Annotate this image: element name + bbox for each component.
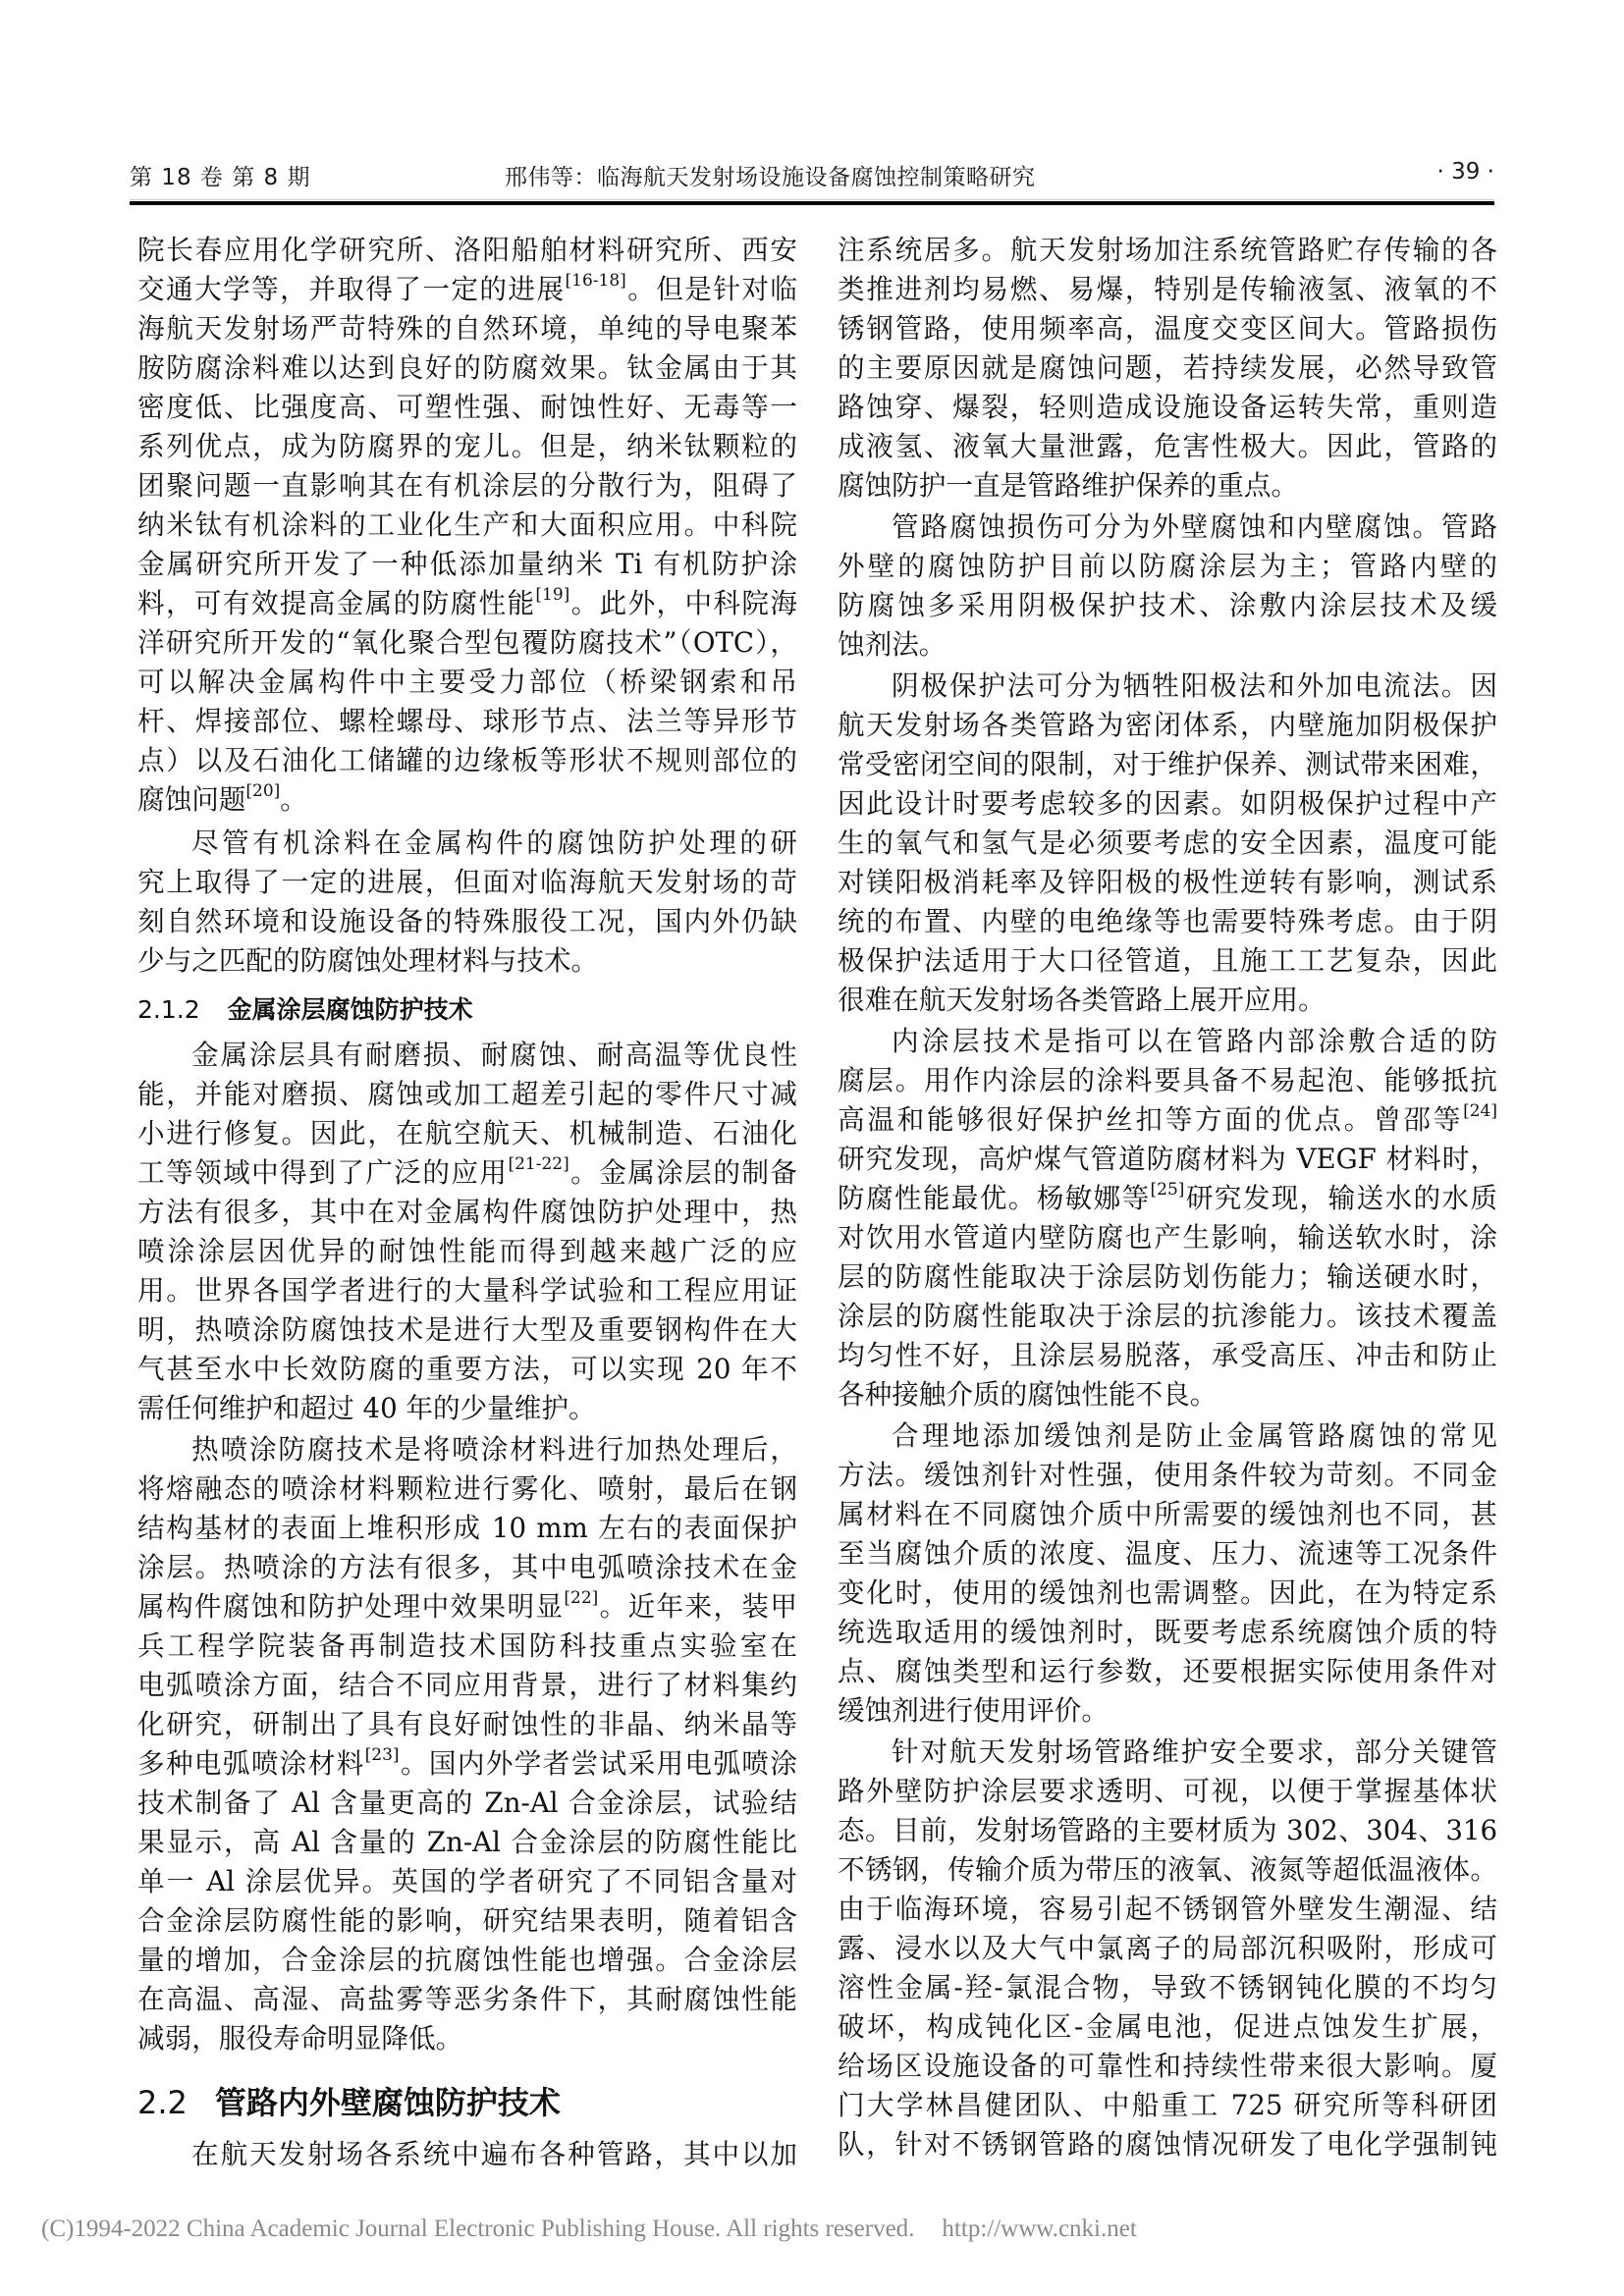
text-line: 院长春应用化学研究所、洛阳船舶材料研究所、西安 — [137, 231, 797, 270]
text-line: 锈钢管路，使用频率高，温度交变区间大。管路损伤 — [838, 309, 1497, 348]
text-line: 成液氢、液氧大量泄露，危害性极大。因此，管路的 — [838, 427, 1497, 466]
text-line: 纳米钛有机涂料的工业化生产和大面积应用。中科院 — [137, 506, 797, 545]
text-line: 可以解决金属构件中主要受力部位（桥梁钢索和吊 — [137, 663, 797, 702]
text-line: 兵工程学院装备再制造技术国防科技重点实验室在 — [137, 1627, 797, 1666]
text-line: 阴极保护法可分为牺牲阳极法和外加电流法。因 — [838, 667, 1497, 706]
left-column: 院长春应用化学研究所、洛阳船舶材料研究所、西安 交通大学等，并取得了一定的进展[… — [137, 231, 797, 2174]
text-line: 缓蚀剂进行使用评价。 — [838, 1691, 1497, 1731]
header-rule-thin — [130, 199, 1494, 200]
text-line: 少与之匹配的防腐蚀处理材料与技术。 — [137, 941, 797, 981]
paragraph: 热喷涂防腐技术是将喷涂材料进行加热处理后， 将熔融态的喷涂材料颗粒进行雾化、喷射… — [137, 1430, 797, 2058]
text-line: 团聚问题一直影响其在有机涂层的分散行为，阻碍了 — [137, 466, 797, 506]
text-line: 果显示，高 Al 含量的 Zn-Al 合金涂层的防腐性能比 — [137, 1823, 797, 1862]
text-line: 系列优点，成为防腐界的宠儿。但是，纳米钛颗粒的 — [137, 427, 797, 466]
paragraph: 在航天发射场各系统中遍布各种管路，其中以加 — [137, 2135, 797, 2174]
right-column: 注系统居多。航天发射场加注系统管路贮存传输的各 类推进剂均易燃、易爆，特别是传输… — [838, 231, 1497, 2164]
text-line: 防腐蚀多采用阴极保护技术、涂敷内涂层技术及缓 — [838, 586, 1497, 625]
text-line: 合理地添加缓蚀剂是防止金属管路腐蚀的常见 — [838, 1416, 1497, 1456]
paragraph: 合理地添加缓蚀剂是防止金属管路腐蚀的常见 方法。缓蚀剂针对性强，使用条件较为苛刻… — [838, 1416, 1497, 1731]
text-line: 腐层。用作内涂层的涂料要具备不易起泡、能够抵抗 — [838, 1061, 1497, 1100]
text-line: 类推进剂均易燃、易爆，特别是传输液氢、液氧的不 — [838, 270, 1497, 309]
citation[interactable]: [25] — [1151, 1180, 1185, 1200]
text-line: 在航天发射场各系统中遍布各种管路，其中以加 — [137, 2135, 797, 2174]
text-line: 点）以及石油化工储罐的边缘板等形状不规则部位的 — [137, 741, 797, 780]
text-line: 层的防腐性能取决于涂层防划伤能力；输送硬水时， — [838, 1257, 1497, 1297]
section-heading-2-1-2: 2.1.2金属涂层腐蚀防护技术 — [137, 985, 797, 1036]
text-line: 属材料在不同腐蚀介质中所需要的缓蚀剂也不同，甚 — [838, 1495, 1497, 1534]
citation[interactable]: [20] — [245, 781, 280, 801]
paragraph: 内涂层技术是指可以在管路内部涂敷合适的防 腐层。用作内涂层的涂料要具备不易起泡、… — [838, 1022, 1497, 1415]
text-line: 密度低、比强度高、可塑性强、耐蚀性好、无毒等一 — [137, 388, 797, 427]
cnki-link[interactable]: http://www.cnki.net — [942, 2216, 1136, 2242]
text-line: 金属涂层具有耐磨损、耐腐蚀、耐高温等优良性 — [137, 1036, 797, 1075]
section-number: 2.1.2 — [137, 995, 200, 1024]
text-line: 多种电弧喷涂材料[23]。国内外学者尝试采用电弧喷涂 — [137, 1744, 797, 1784]
text-line: 航天发射场各类管路为密闭体系，内壁施加阴极保护 — [838, 706, 1497, 745]
text-line: 由于临海环境，容易引起不锈钢管外壁发生潮湿、结 — [838, 1890, 1497, 1929]
citation[interactable]: [19] — [535, 585, 569, 605]
text-line: 料，可有效提高金属的防腐性能[19]。此外，中科院海 — [137, 584, 797, 623]
text-line: 明，热喷涂防腐蚀技术是进行大型及重要钢构件在大 — [137, 1310, 797, 1350]
text-line: 技术制备了 Al 含量更高的 Zn-Al 合金涂层，试验结 — [137, 1784, 797, 1823]
citation[interactable]: [16-18] — [566, 271, 626, 291]
paragraph: 尽管有机涂料在金属构件的腐蚀防护处理的研 究上取得了一定的进展，但面对临海航天发… — [137, 824, 797, 981]
text-line: 队，针对不锈钢管路的腐蚀情况研发了电化学强制钝 — [838, 2125, 1497, 2164]
text-line: 结构基材的表面上堆积形成 10 mm 左右的表面保护 — [137, 1509, 797, 1548]
text-line: 胺防腐涂料难以达到良好的防腐效果。钛金属由于其 — [137, 348, 797, 388]
text-line: 破坏，构成钝化区-金属电池，促进点蚀发生扩展， — [838, 2007, 1497, 2047]
text-line: 腐蚀问题[20]。 — [137, 780, 797, 820]
copyright-footer: (C)1994-2022 China Academic Journal Elec… — [41, 2216, 1612, 2243]
text-line: 针对航天发射场管路维护安全要求，部分关键管 — [838, 1733, 1497, 1772]
text-line: 溶性金属-羟-氯混合物，导致不锈钢钝化膜的不均匀 — [838, 1968, 1497, 2007]
paragraph: 管路腐蚀损伤可分为外壁腐蚀和内壁腐蚀。管路 外壁的腐蚀防护目前以防腐涂层为主；管… — [838, 507, 1497, 665]
text-line: 至当腐蚀介质的浓度、温度、压力、流速等工况条件 — [838, 1534, 1497, 1574]
text-line: 尽管有机涂料在金属构件的腐蚀防护处理的研 — [137, 824, 797, 863]
text-line: 的主要原因就是腐蚀问题，若持续发展，必然导致管 — [838, 348, 1497, 388]
text-line: 统选取适用的缓蚀剂时，既要考虑系统腐蚀介质的特 — [838, 1613, 1497, 1652]
paragraph: 针对航天发射场管路维护安全要求，部分关键管 路外壁防护涂层要求透明、可视，以便于… — [838, 1733, 1497, 2164]
text-line: 管路腐蚀损伤可分为外壁腐蚀和内壁腐蚀。管路 — [838, 507, 1497, 547]
text-line: 减弱，服役寿命明显降低。 — [137, 2019, 797, 2058]
text-line: 方法有很多，其中在对金属构件腐蚀防护处理中，热 — [137, 1193, 797, 1232]
text-line: 点、腐蚀类型和运行参数，还要根据实际使用条件对 — [838, 1652, 1497, 1691]
text-line: 很难在航天发射场各类管路上展开应用。 — [838, 981, 1497, 1020]
text-line: 小进行修复。因此，在航空航天、机械制造、石油化 — [137, 1114, 797, 1153]
citation[interactable]: [21-22] — [508, 1154, 568, 1174]
running-title: 邢伟等：临海航天发射场设施设备腐蚀控制策略研究 — [505, 159, 1036, 191]
text-line: 属构件腐蚀和防护处理中效果明显[22]。近年来，装甲 — [137, 1587, 797, 1627]
text-line: 海航天发射场严苛特殊的自然环境，单纯的导电聚苯 — [137, 309, 797, 348]
text-line: 对镁阳极消耗率及锌阳极的极性逆转有影响，测试系 — [838, 863, 1497, 902]
text-line: 在高温、高湿、高盐雾等恶劣条件下，其耐腐蚀性能 — [137, 1980, 797, 2019]
citation[interactable]: [24] — [1463, 1101, 1497, 1121]
section-heading-2-2: 2.2管路内外壁腐蚀防护技术 — [137, 2070, 797, 2135]
text-line: 热喷涂防腐技术是将喷涂材料进行加热处理后， — [137, 1430, 797, 1469]
text-line: 量的增加，合金涂层的抗腐蚀性能也增强。合金涂层 — [137, 1941, 797, 1980]
text-line: 不锈钢，传输介质为带压的液氧、液氮等超低温液体。 — [838, 1850, 1497, 1890]
text-line: 合金涂层防腐性能的影响，研究结果表明，随着铝含 — [137, 1901, 797, 1941]
text-line: 喷涂涂层因优异的耐蚀性能而得到越来越广泛的应 — [137, 1232, 797, 1271]
text-line: 常受密闭空间的限制，对于维护保养、测试带来困难， — [838, 745, 1497, 784]
section-title: 管路内外壁腐蚀防护技术 — [215, 2084, 561, 2121]
page-number: · 39 · — [1436, 159, 1494, 185]
text-line: 腐蚀防护一直是管路维护保养的重点。 — [838, 466, 1497, 506]
text-line: 因此设计时要考虑较多的因素。如阴极保护过程中产 — [838, 784, 1497, 824]
text-line: 刻自然环境和设施设备的特殊服役工况，国内外仍缺 — [137, 902, 797, 941]
text-line: 态。目前，发射场管路的主要材质为 302、304、316 — [838, 1811, 1497, 1850]
text-line: 化研究，研制出了具有良好耐蚀性的非晶、纳米晶等 — [137, 1705, 797, 1744]
header-rule-thick — [130, 201, 1494, 205]
paragraph: 院长春应用化学研究所、洛阳船舶材料研究所、西安 交通大学等，并取得了一定的进展[… — [137, 231, 797, 820]
text-line: 路蚀穿、爆裂，轻则造成设施设备运转失常，重则造 — [838, 388, 1497, 427]
text-line: 研究发现，高炉煤气管道防腐材料为 VEGF 材料时， — [838, 1140, 1497, 1179]
running-header: 第 18 卷 第 8 期 邢伟等：临海航天发射场设施设备腐蚀控制策略研究 · 3… — [130, 159, 1494, 198]
paragraph: 注系统居多。航天发射场加注系统管路贮存传输的各 类推进剂均易燃、易爆，特别是传输… — [838, 231, 1497, 506]
text-line: 给场区设施设备的可靠性和持续性带来很大影响。厦 — [838, 2047, 1497, 2086]
text-line: 极保护法适用于大口径管道，且施工工艺复杂，因此 — [838, 941, 1497, 981]
text-line: 高温和能够很好保护丝扣等方面的优点。曾邵等[24] — [838, 1100, 1497, 1140]
text-line: 生的氧气和氢气是必须要考虑的安全因素，温度可能 — [838, 824, 1497, 863]
text-line: 金属研究所开发了一种低添加量纳米 Ti 有机防护涂 — [137, 545, 797, 584]
text-line: 统的布置、内壁的电绝缘等也需要特殊考虑。由于阴 — [838, 902, 1497, 941]
paragraph: 阴极保护法可分为牺牲阳极法和外加电流法。因 航天发射场各类管路为密闭体系，内壁施… — [838, 667, 1497, 1020]
text-line: 内涂层技术是指可以在管路内部涂敷合适的防 — [838, 1022, 1497, 1061]
text-line: 各种接触介质的腐蚀性能不良。 — [838, 1375, 1497, 1415]
text-line: 能，并能对磨损、腐蚀或加工超差引起的零件尺寸减 — [137, 1075, 797, 1114]
text-line: 涂层的防腐性能取决于涂层的抗渗能力。该技术覆盖 — [838, 1297, 1497, 1336]
text-line: 方法。缓蚀剂针对性强，使用条件较为苛刻。不同金 — [838, 1456, 1497, 1495]
text-line: 工等领域中得到了广泛的应用[21-22]。金属涂层的制备 — [137, 1153, 797, 1193]
text-line: 露、浸水以及大气中氯离子的局部沉积吸附，形成可 — [838, 1929, 1497, 1968]
text-line: 涂层。热喷涂的方法有很多，其中电弧喷涂技术在金 — [137, 1548, 797, 1587]
text-line: 变化时，使用的缓蚀剂也需调整。因此，在为特定系 — [838, 1574, 1497, 1613]
text-line: 外壁的腐蚀防护目前以防腐涂层为主；管路内壁的 — [838, 547, 1497, 586]
text-line: 对饮用水管道内壁防腐也产生影响，输送软水时，涂 — [838, 1218, 1497, 1257]
text-line: 蚀剂法。 — [838, 625, 1497, 665]
text-line: 均匀性不好，且涂层易脱落，承受高压、冲击和防止 — [838, 1336, 1497, 1375]
text-line: 究上取得了一定的进展，但面对临海航天发射场的苛 — [137, 863, 797, 902]
text-line: 电弧喷涂方面，结合不同应用背景，进行了材料集约 — [137, 1666, 797, 1705]
text-line: 注系统居多。航天发射场加注系统管路贮存传输的各 — [838, 231, 1497, 270]
text-line: 需任何维护和超过 40 年的少量维护。 — [137, 1389, 797, 1428]
text-line: 洋研究所开发的“氧化聚合型包覆防腐技术”（OTC）， — [137, 623, 797, 663]
text-line: 杆、焊接部位、螺栓螺母、球形节点、法兰等异形节 — [137, 702, 797, 741]
section-title: 金属涂层腐蚀防护技术 — [228, 995, 473, 1024]
citation[interactable]: [22] — [564, 1588, 598, 1608]
paragraph: 金属涂层具有耐磨损、耐腐蚀、耐高温等优良性 能，并能对磨损、腐蚀或加工超差引起的… — [137, 1036, 797, 1428]
text-line: 防腐性能最优。杨敏娜等[25]研究发现，输送水的水质 — [838, 1179, 1497, 1218]
text-line: 路外壁防护涂层要求透明、可视，以便于掌握基体状 — [838, 1772, 1497, 1811]
section-number: 2.2 — [137, 2084, 188, 2121]
text-line: 气甚至水中长效防腐的重要方法，可以实现 20 年不 — [137, 1350, 797, 1389]
copyright-text: (C)1994-2022 China Academic Journal Elec… — [41, 2216, 914, 2242]
text-line: 将熔融态的喷涂材料颗粒进行雾化、喷射，最后在钢 — [137, 1469, 797, 1509]
text-line: 交通大学等，并取得了一定的进展[16-18]。但是针对临 — [137, 270, 797, 309]
text-line: 单一 Al 涂层优异。英国的学者研究了不同铝含量对 — [137, 1862, 797, 1901]
text-line: 门大学林昌健团队、中船重工 725 研究所等科研团 — [838, 2086, 1497, 2125]
volume-issue: 第 18 卷 第 8 期 — [130, 159, 310, 191]
citation[interactable]: [23] — [365, 1745, 400, 1765]
text-line: 用。世界各国学者进行的大量科学试验和工程应用证 — [137, 1271, 797, 1310]
